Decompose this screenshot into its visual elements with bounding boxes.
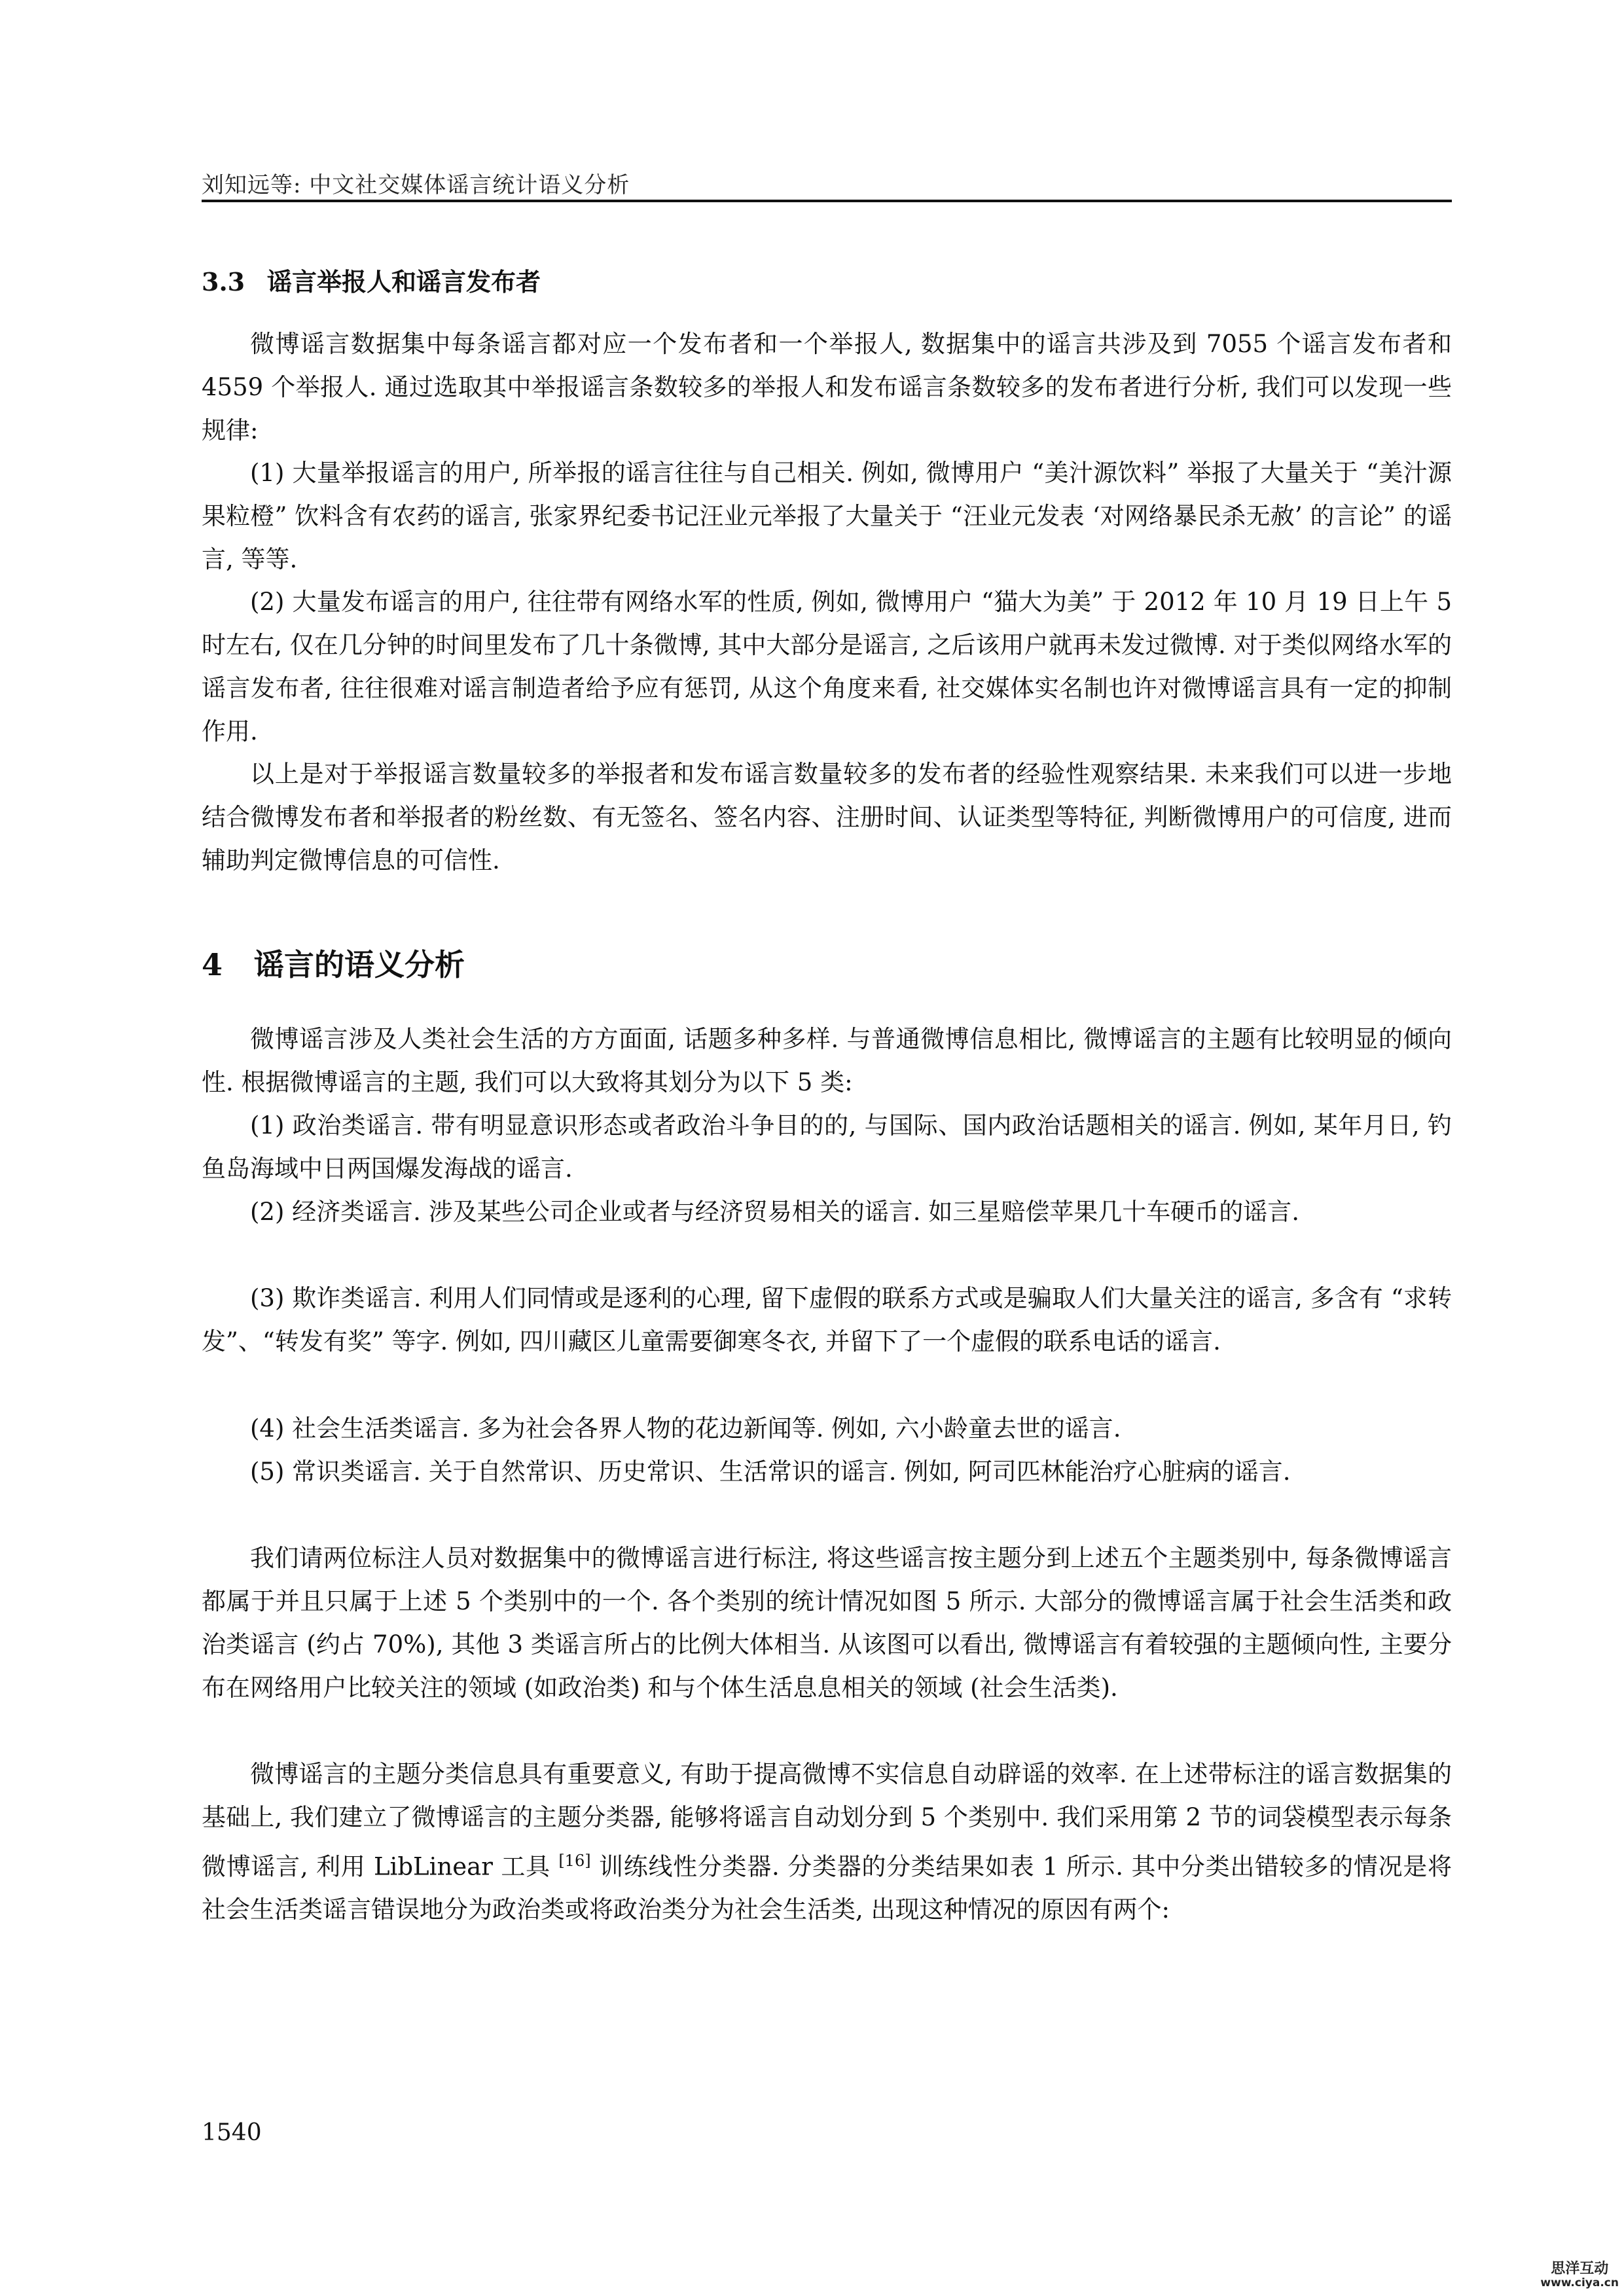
citation-link[interactable]: [16] — [558, 1852, 590, 1870]
section-number: 4 — [202, 947, 254, 982]
list-item-economy: (2) 经济类谣言. 涉及某些公司企业或者与经济贸易相关的谣言. 如三星赔偿苹果… — [202, 1191, 1452, 1234]
section-number: 3.3 — [202, 267, 267, 296]
section-title: 谣言的语义分析 — [254, 947, 465, 982]
paragraph: 微博谣言的主题分类信息具有重要意义, 有助于提高微博不实信息自动辟谣的效率. 在… — [202, 1753, 1452, 1931]
watermark-name: 思洋互动 — [1540, 2261, 1619, 2277]
paragraph: 以上是对于举报谣言数量较多的举报者和发布谣言数量较多的发布者的经验性观察结果. … — [202, 753, 1452, 882]
paragraph: 我们请两位标注人员对数据集中的微博谣言进行标注, 将这些谣言按主题分到上述五个主… — [202, 1537, 1452, 1710]
section-title: 谣言举报人和谣言发布者 — [267, 268, 541, 296]
paragraph: (2) 大量发布谣言的用户, 往往带有网络水军的性质, 例如, 微博用户 “猫大… — [202, 581, 1452, 753]
paragraph: (1) 大量举报谣言的用户, 所举报的谣言往往与自己相关. 例如, 微博用户 “… — [202, 452, 1452, 581]
list-item-politics: (1) 政治类谣言. 带有明显意识形态或者政治斗争目的的, 与国际、国内政治话题… — [202, 1104, 1452, 1191]
paragraph: 微博谣言数据集中每条谣言都对应一个发布者和一个举报人, 数据集中的谣言共涉及到 … — [202, 323, 1452, 452]
section-3-3-heading: 3.3谣言举报人和谣言发布者 — [202, 262, 541, 298]
section-4-heading: 4谣言的语义分析 — [202, 941, 465, 984]
watermark-url: www.ciya.cn — [1540, 2277, 1619, 2289]
watermark: 思洋互动 www.ciya.cn — [1540, 2261, 1619, 2289]
paragraph: 微博谣言涉及人类社会生活的方方面面, 话题多种多样. 与普通微博信息相比, 微博… — [202, 1018, 1452, 1104]
list-item-common-sense: (5) 常识类谣言. 关于自然常识、历史常识、生活常识的谣言. 例如, 阿司匹林… — [202, 1450, 1452, 1494]
list-item-social-life: (4) 社会生活类谣言. 多为社会各界人物的花边新闻等. 例如, 六小龄童去世的… — [202, 1407, 1452, 1450]
page-number: 1540 — [202, 2119, 262, 2146]
list-item-fraud: (3) 欺诈类谣言. 利用人们同情或是逐利的心理, 留下虚假的联系方式或是骗取人… — [202, 1277, 1452, 1363]
running-head: 刘知远等: 中文社交媒体谣言统计语义分析 — [202, 167, 630, 199]
header-rule — [202, 200, 1452, 202]
